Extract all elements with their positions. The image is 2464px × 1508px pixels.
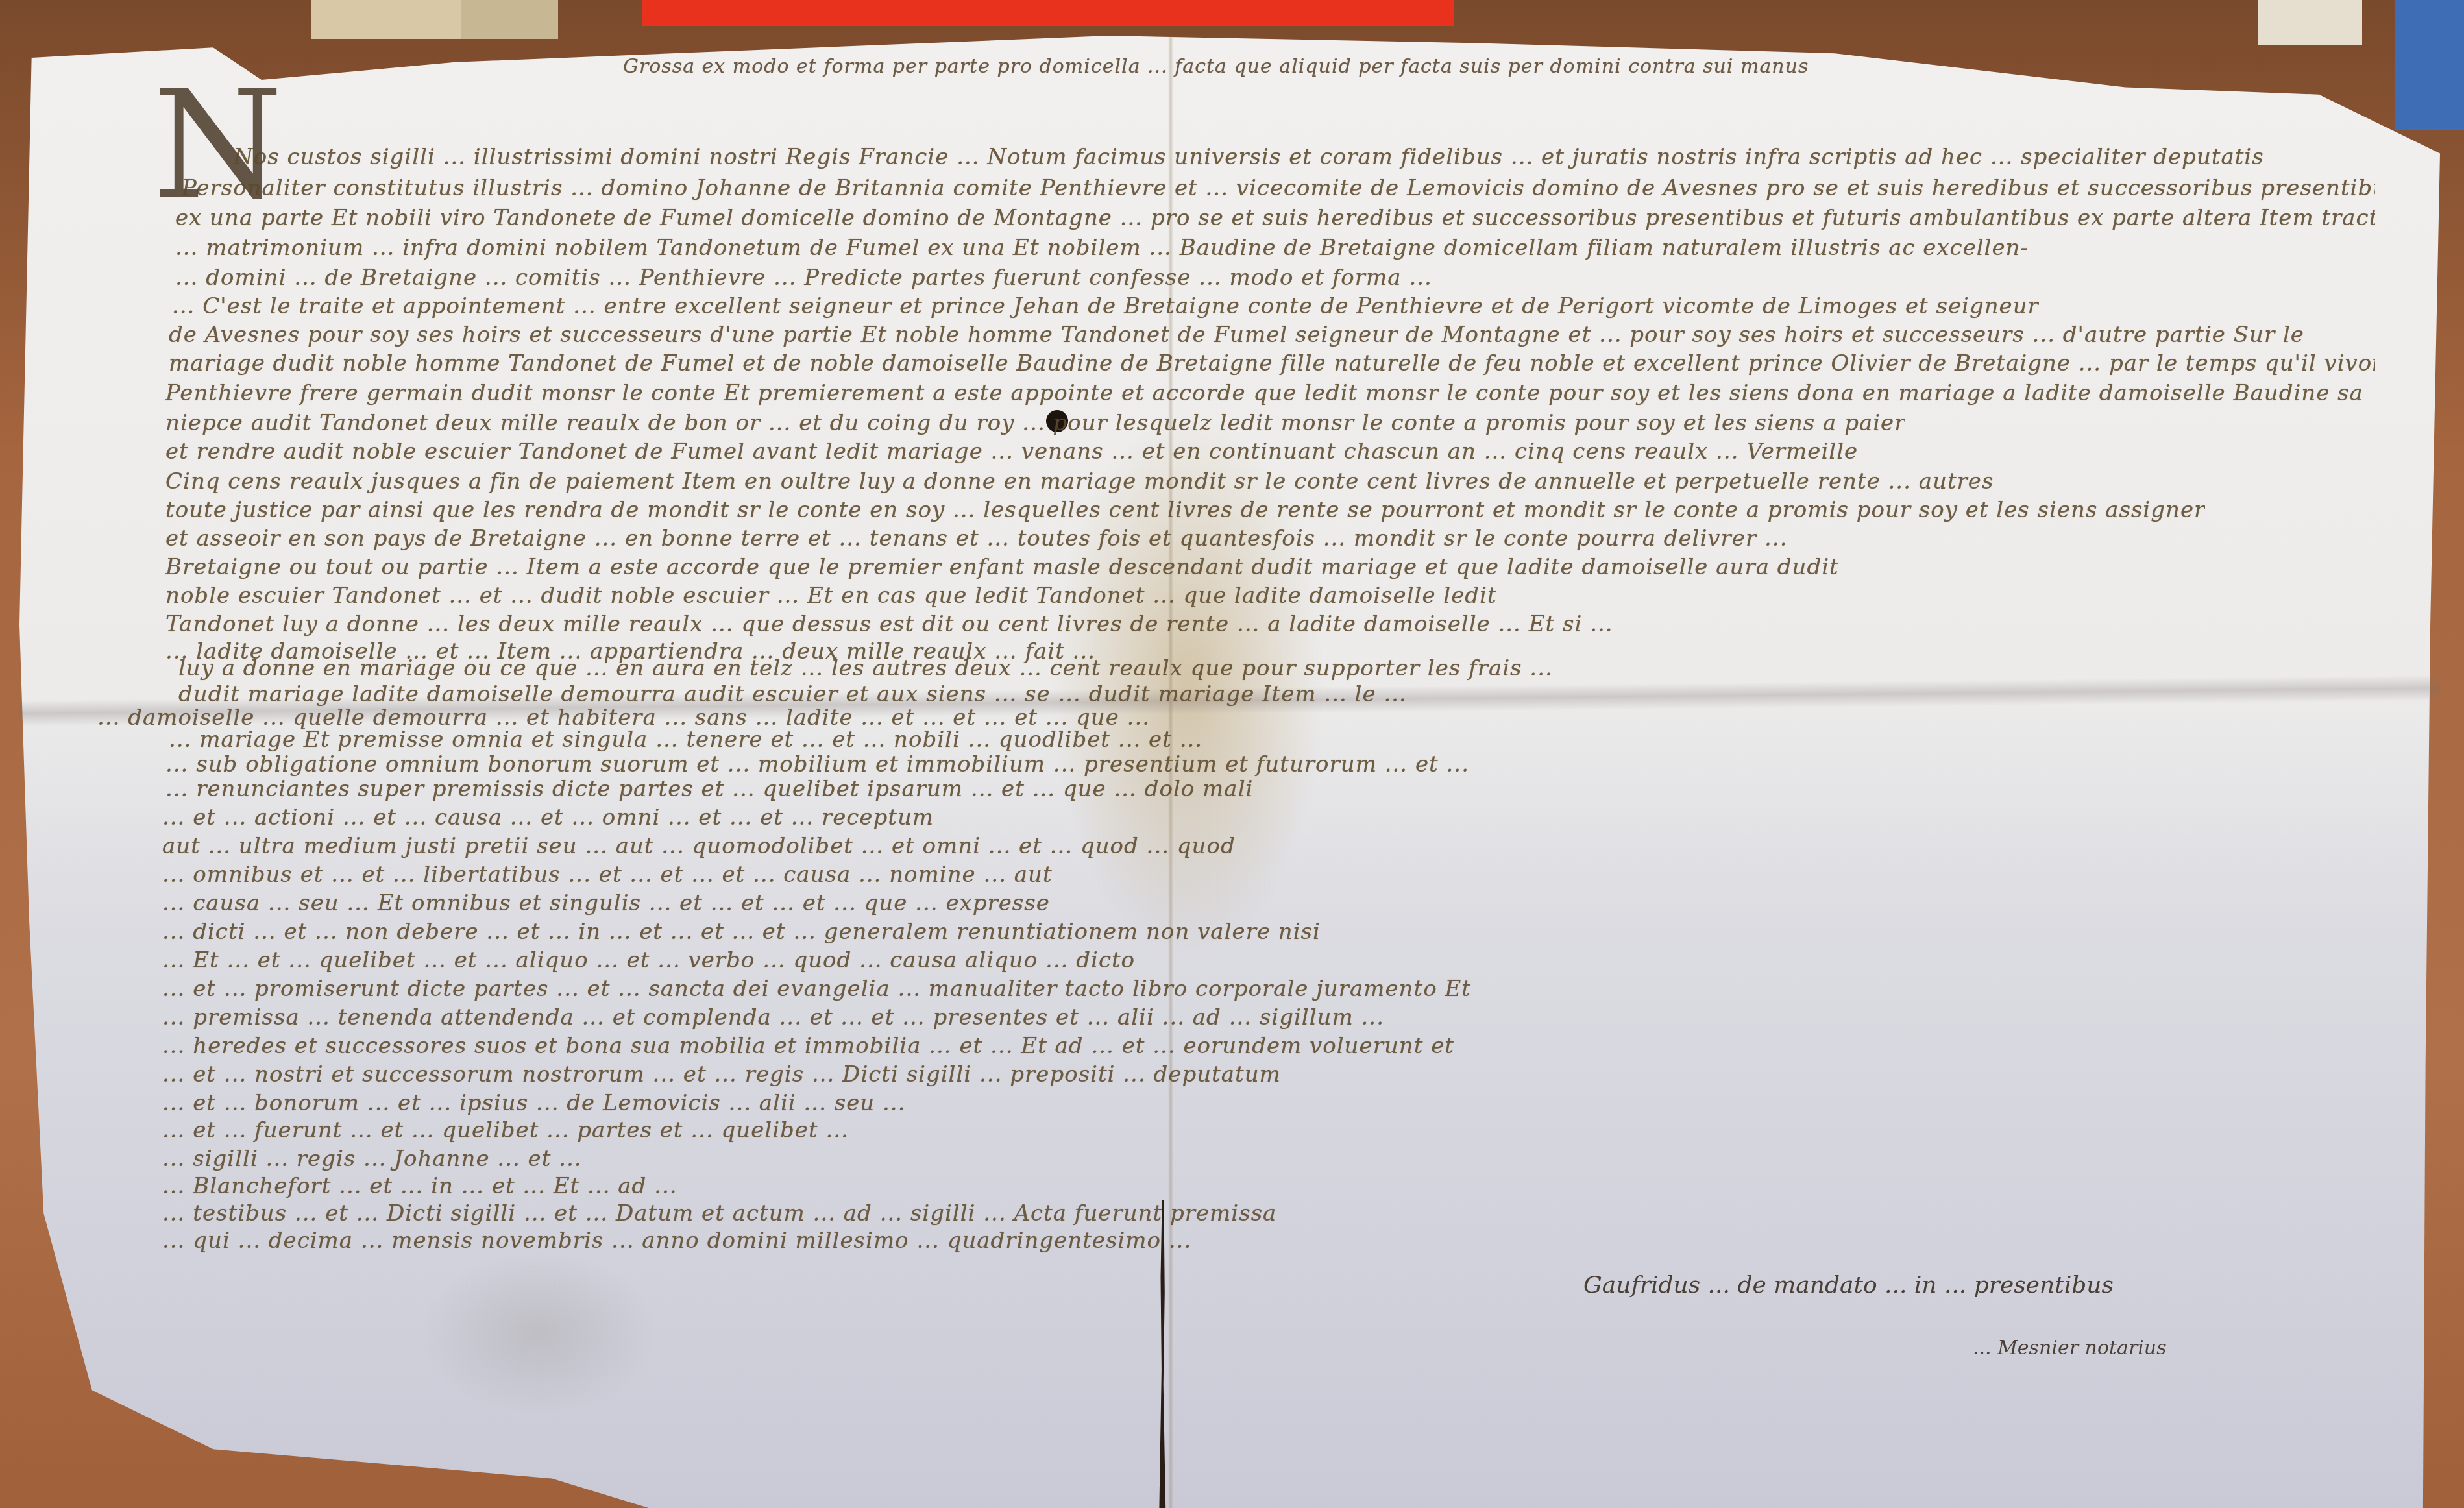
text-line: de Avesnes pour soy ses hoirs et success… (169, 322, 2304, 348)
text-line: ... heredes et successores suos et bona … (162, 1033, 1454, 1059)
text-line: ... causa ... seu ... Et omnibus et sing… (162, 890, 1050, 916)
text-line: ... et ... actioni ... et ... causa ... … (162, 805, 934, 831)
text-line: Cinq cens reaulx jusques a fin de paieme… (165, 468, 1994, 494)
charter-text: Grossa ex modo et forma per parte pro do… (0, 0, 2464, 1508)
text-line: noble escuier Tandonet ... et ... dudit … (165, 583, 1497, 609)
heading-line: Grossa ex modo et forma per parte pro do… (623, 55, 1809, 78)
text-line: ... Blanchefort ... et ... in ... et ...… (162, 1173, 677, 1199)
text-line: ... sub obligatione omnium bonorum suoru… (165, 751, 1469, 777)
text-line: Tandonet luy a donne ... les deux mille … (165, 611, 1613, 637)
text-line: ... testibus ... et ... Dicti sigilli ..… (162, 1200, 1276, 1226)
text-line: ... Et ... et ... quelibet ... et ... al… (162, 947, 1135, 973)
text-line: ... matrimonium ... infra domini nobilem… (175, 235, 2029, 261)
text-line: ... domini ... de Bretaigne ... comitis … (175, 265, 1432, 291)
notary-signature-1: Gaufridus ... de mandato ... in ... pres… (1583, 1272, 2114, 1298)
notary-signature-2: ... Mesnier notarius (1973, 1337, 2167, 1359)
text-line: aut ... ultra medium justi pretii seu ..… (162, 833, 1236, 859)
text-line: et asseoir en son pays de Bretaigne ... … (165, 526, 1787, 552)
text-line: luy a donne en mariage ou ce que ... en … (178, 655, 1553, 681)
text-line: ... sigilli ... regis ... Johanne ... et… (162, 1146, 582, 1172)
text-line: Personaliter constitutus illustris ... d… (182, 175, 2375, 201)
text-line: ... dicti ... et ... non debere ... et .… (162, 919, 1321, 945)
text-line: ... et ... bonorum ... et ... ipsius ...… (162, 1090, 905, 1116)
text-line: niepce audit Tandonet deux mille reaulx … (165, 410, 1905, 436)
text-line: ... qui ... decima ... mensis novembris … (162, 1228, 1191, 1254)
text-line: ... mariage Et premisse omnia et singula… (169, 727, 1202, 753)
text-line: et rendre audit noble escuier Tandonet d… (165, 439, 1858, 465)
text-line: ex una parte Et nobili viro Tandonete de… (175, 205, 2375, 231)
text-line: Bretaigne ou tout ou partie ... Item a e… (165, 554, 1839, 580)
text-line: ... et ... nostri et successorum nostror… (162, 1062, 1281, 1088)
text-line: dudit mariage ladite damoiselle demourra… (178, 681, 1407, 707)
text-line: Nos custos sigilli ... illustrissimi dom… (234, 144, 2264, 170)
text-line: mariage dudit noble homme Tandonet de Fu… (169, 350, 2375, 376)
text-line: ... omnibus et ... et ... libertatibus .… (162, 862, 1053, 888)
text-line: Penthievre frere germain dudit monsr le … (165, 380, 2363, 406)
text-line: ... et ... promiserunt dicte partes ... … (162, 976, 1471, 1002)
text-line: ... C'est le traite et appointement ... … (172, 293, 2039, 319)
text-line: toute justice par ainsi que les rendra d… (165, 497, 2205, 523)
text-line: ... et ... fuerunt ... et ... quelibet .… (162, 1117, 849, 1143)
text-line: ... renunciantes super premissis dicte p… (165, 776, 1253, 802)
text-line: ... premissa ... tenenda attendenda ... … (162, 1004, 1384, 1030)
